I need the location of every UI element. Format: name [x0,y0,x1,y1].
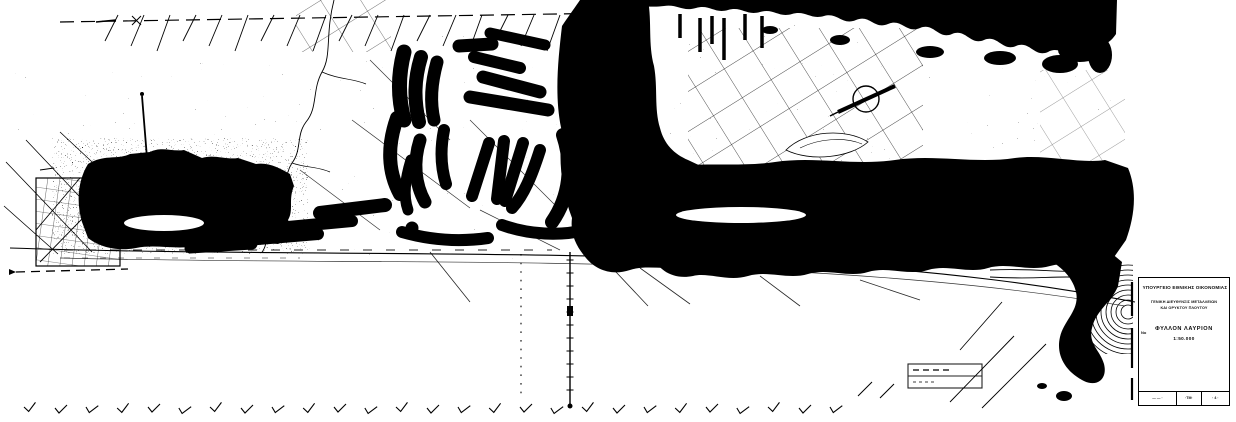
title-block-footer: — — · ·ΤΜ· · 4 · [1139,391,1229,405]
department-line1: ΓΕΝΙΚΗ ΔΙΕΥΘΥΝΣΙΣ ΜΕΤΑΛΛΕΙΩΝ [1139,300,1229,305]
footer-cell-2: ·ΤΜ· [1176,392,1201,405]
number-label: Νο [1141,330,1146,335]
white-oval-lake [124,215,204,231]
footer-cell-1: — — · [1139,392,1176,405]
department-line2: ΚΑΙ ΟΡΥΚΤΟΥ ΠΛΟΥΤΟΥ [1139,306,1229,311]
agency-title: ΥΠΟΥΡΓΕΙΟ ΕΘΝΙΚΗΣ ΟΙΚΟΝΟΜΙΑΣ [1143,285,1226,291]
white-sliver-lake [676,207,806,223]
scanned-map-sheet: ΥΠΟΥΡΓΕΙΟ ΕΘΝΙΚΗΣ ΟΙΚΟΝΟΜΙΑΣ ΓΕΝΙΚΗ ΔΙΕΥ… [0,0,1236,422]
map-scale: 1:50.000 [1139,336,1229,341]
footer-cell-3: · 4 · [1201,392,1229,405]
map-drawing [0,0,1236,422]
scale-box [908,364,982,388]
sheet-name: ΦΥΛΛΟΝ ΛΑΥΡΙΟΝ [1139,326,1229,332]
title-block: ΥΠΟΥΡΓΕΙΟ ΕΘΝΙΚΗΣ ΟΙΚΟΝΟΜΙΑΣ ΓΕΝΙΚΗ ΔΙΕΥ… [1138,277,1230,406]
